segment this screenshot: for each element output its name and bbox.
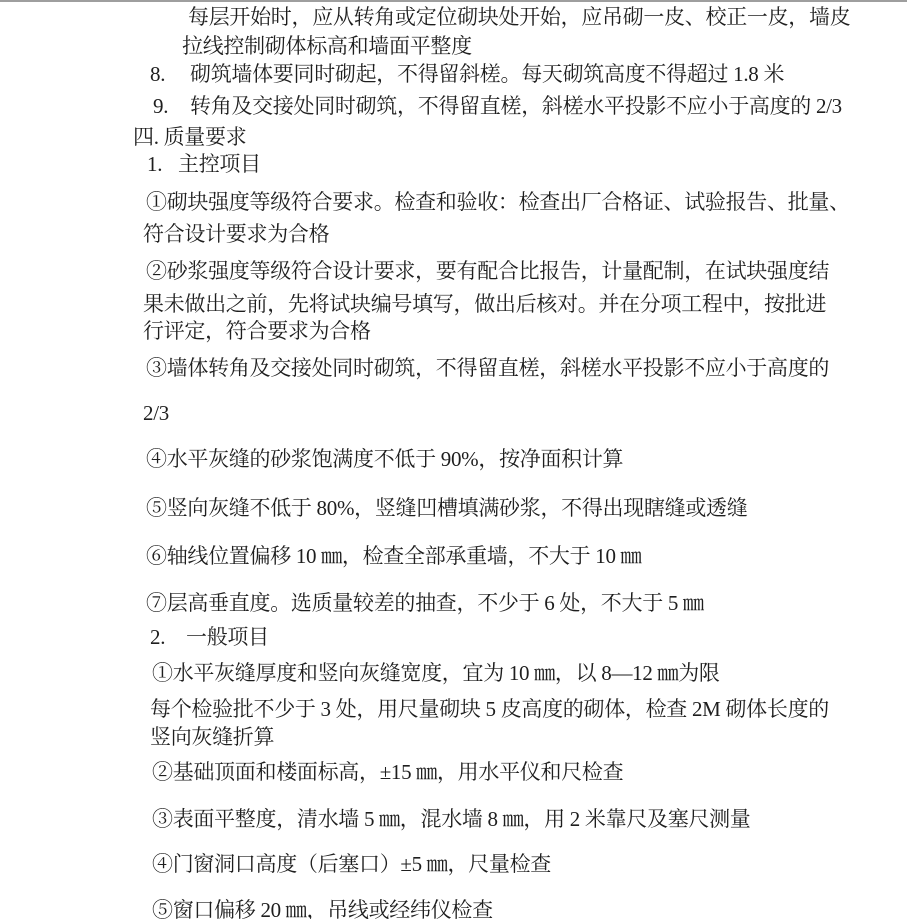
doc-line: ②砂浆强度等级符合设计要求，要有配合比报告，计量配制，在试块强度结: [146, 259, 829, 284]
doc-line: 每个检验批不少于 3 处，用尺量砌块 5 皮高度的砌体，检查 2M 砌体长度的: [150, 697, 829, 722]
doc-line: ⑥轴线位置偏移 10 ㎜，检查全部承重墙，不大于 10 ㎜: [146, 544, 641, 569]
doc-line-numbered: 2.一般项目: [150, 625, 269, 650]
doc-line: 四. 质量要求: [133, 125, 246, 150]
line-text: 2/3: [143, 401, 169, 425]
doc-line: 竖向灰缝折算: [150, 725, 274, 750]
list-number: 8.: [150, 62, 190, 87]
doc-line-numbered: 1.主控项目: [147, 152, 261, 177]
doc-line: ③表面平整度，清水墙 5 ㎜，混水墙 8 ㎜，用 2 米靠尺及塞尺测量: [152, 807, 751, 832]
line-text: ⑤竖向灰缝不低于 80%，竖缝凹槽填满砂浆，不得出现瞎缝或透缝: [146, 496, 747, 520]
line-text: 四. 质量要求: [133, 125, 246, 149]
doc-line: ②基础顶面和楼面标高，±15 ㎜，用水平仪和尺检查: [152, 760, 623, 785]
doc-line: ⑤窗口偏移 20 ㎜，吊线或经纬仪检查: [152, 898, 493, 919]
line-text: ⑥轴线位置偏移 10 ㎜，检查全部承重墙，不大于 10 ㎜: [146, 544, 641, 568]
doc-line: ⑤竖向灰缝不低于 80%，竖缝凹槽填满砂浆，不得出现瞎缝或透缝: [146, 496, 747, 521]
line-text: ③墙体转角及交接处同时砌筑，不得留直槎，斜槎水平投影不应小于高度的: [146, 356, 829, 380]
doc-line: 2/3: [143, 401, 169, 426]
doc-line: ①砌块强度等级符合要求。检查和验收：检查出厂合格证、试验报告、批量、: [146, 190, 850, 215]
doc-line: ①水平灰缝厚度和竖向灰缝宽度，宜为 10 ㎜，以 8—12 ㎜为限: [152, 661, 720, 686]
document-page: 每层开始时，应从转角或定位砌块处开始，应吊砌一皮、校正一皮，墙皮拉线控制砌体标高…: [0, 0, 907, 919]
line-text: 每层开始时，应从转角或定位砌块处开始，应吊砌一皮、校正一皮，墙皮: [188, 5, 850, 29]
line-text: ①水平灰缝厚度和竖向灰缝宽度，宜为 10 ㎜，以 8—12 ㎜为限: [152, 661, 720, 685]
doc-line: 行评定，符合要求为合格: [143, 319, 371, 344]
doc-line: 果未做出之前，先将试块编号填写，做出后核对。并在分项工程中，按批进: [143, 292, 826, 317]
line-text: ④水平灰缝的砂浆饱满度不低于 90%，按净面积计算: [146, 447, 623, 471]
list-number: 2.: [150, 625, 186, 650]
line-text: 砌筑墙体要同时砌起，不得留斜槎。每天砌筑高度不得超过 1.8 米: [190, 62, 784, 86]
doc-line: 每层开始时，应从转角或定位砌块处开始，应吊砌一皮、校正一皮，墙皮: [188, 5, 850, 30]
line-text: 竖向灰缝折算: [150, 725, 274, 749]
line-text: ②砂浆强度等级符合设计要求，要有配合比报告，计量配制，在试块强度结: [146, 259, 829, 283]
list-number: 1.: [147, 152, 178, 177]
doc-line: 拉线控制砌体标高和墙面平整度: [182, 34, 472, 59]
line-text: 行评定，符合要求为合格: [143, 319, 371, 343]
line-text: 果未做出之前，先将试块编号填写，做出后核对。并在分项工程中，按批进: [143, 292, 826, 316]
page-top-edge: [0, 0, 907, 2]
line-text: 一般项目: [186, 625, 269, 649]
line-text: ③表面平整度，清水墙 5 ㎜，混水墙 8 ㎜，用 2 米靠尺及塞尺测量: [152, 807, 751, 831]
line-text: 拉线控制砌体标高和墙面平整度: [182, 34, 472, 58]
line-text: ①砌块强度等级符合要求。检查和验收：检查出厂合格证、试验报告、批量、: [146, 190, 850, 214]
doc-line: 符合设计要求为合格: [143, 222, 329, 247]
list-number: 9.: [153, 94, 190, 119]
line-text: ④门窗洞口高度（后塞口）±5 ㎜，尺量检查: [152, 852, 551, 876]
line-text: 转角及交接处同时砌筑，不得留直槎，斜槎水平投影不应小于高度的 2/3: [190, 94, 842, 118]
line-text: ⑤窗口偏移 20 ㎜，吊线或经纬仪检查: [152, 898, 493, 919]
line-text: ⑦层高垂直度。选质量较差的抽查，不少于 6 处，不大于 5 ㎜: [146, 591, 704, 615]
doc-line: ⑦层高垂直度。选质量较差的抽查，不少于 6 处，不大于 5 ㎜: [146, 591, 704, 616]
doc-line: ④水平灰缝的砂浆饱满度不低于 90%，按净面积计算: [146, 447, 623, 472]
doc-line: ③墙体转角及交接处同时砌筑，不得留直槎，斜槎水平投影不应小于高度的: [146, 356, 829, 381]
line-text: 每个检验批不少于 3 处，用尺量砌块 5 皮高度的砌体，检查 2M 砌体长度的: [150, 697, 829, 721]
line-text: 符合设计要求为合格: [143, 222, 329, 246]
line-text: 主控项目: [178, 152, 261, 176]
doc-line-numbered: 9.转角及交接处同时砌筑，不得留直槎，斜槎水平投影不应小于高度的 2/3: [153, 94, 842, 119]
doc-line: ④门窗洞口高度（后塞口）±5 ㎜，尺量检查: [152, 852, 551, 877]
doc-line-numbered: 8.砌筑墙体要同时砌起，不得留斜槎。每天砌筑高度不得超过 1.8 米: [150, 62, 784, 87]
line-text: ②基础顶面和楼面标高，±15 ㎜，用水平仪和尺检查: [152, 760, 623, 784]
